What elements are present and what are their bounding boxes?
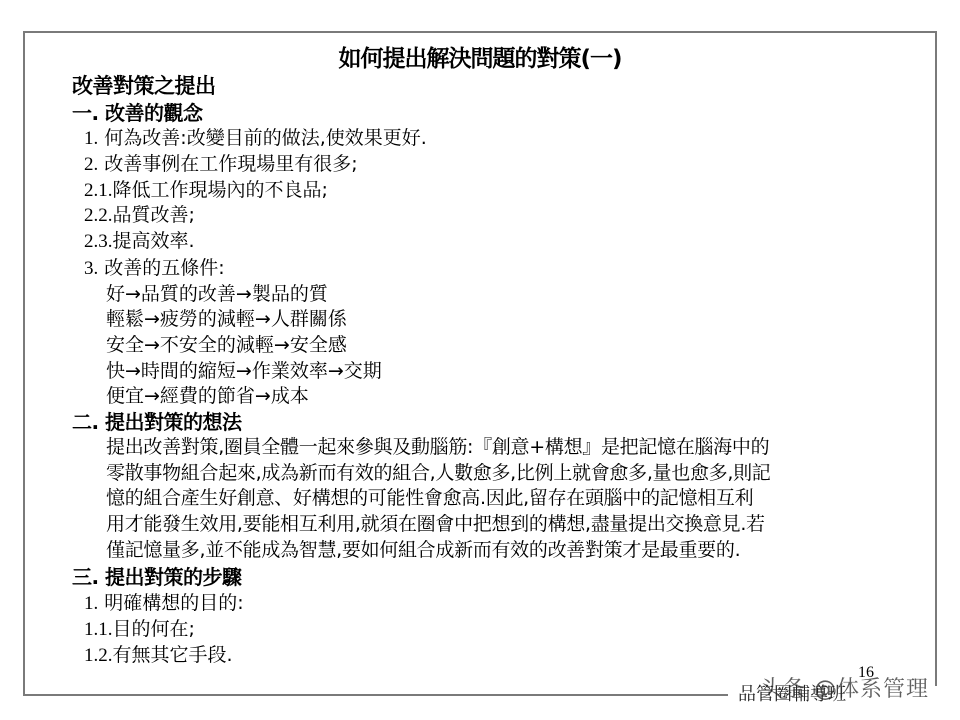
main-heading: 改善對策之提出	[72, 74, 216, 98]
section1-item-3: 3. 改善的五條件:	[84, 256, 225, 281]
item-text: 有無其它手段.	[113, 644, 233, 666]
item-text: 改善事例在工作現場里有很多;	[104, 153, 357, 175]
section1-item-2-1: 2.1.降低工作現場內的不良品;	[84, 178, 328, 203]
section3-heading: 三. 提出對策的步驟	[72, 565, 242, 589]
slide-frame-bottom	[23, 694, 728, 696]
item-number: 1.2.	[84, 645, 113, 666]
watermark: 头条 @体系管理	[760, 672, 929, 703]
section3-item-1-2: 1.2.有無其它手段.	[84, 643, 233, 668]
item-text: 品質改善;	[113, 204, 195, 226]
section2-paragraph-line-2: 零散事物組合起來,成為新而有效的組合,人數愈多,比例上就會愈多,量也愈多,則記	[106, 461, 771, 485]
condition-good: 好→品質的改善→製品的質	[106, 282, 328, 306]
section2-paragraph-line-5: 僅記憶量多,並不能成為智慧,要如何組合成新而有效的改善對策才是最重要的.	[106, 538, 740, 562]
item-number: 1.	[84, 128, 98, 149]
item-text: 提高效率.	[113, 230, 195, 252]
item-number: 3.	[84, 258, 98, 279]
item-number: 2.1.	[84, 180, 113, 201]
section2-heading: 二. 提出對策的想法	[72, 410, 242, 434]
item-number: 2.2.	[84, 205, 113, 226]
section1-item-2-2: 2.2.品質改善;	[84, 203, 195, 228]
item-number: 2.3.	[84, 231, 113, 252]
slide-frame-top	[23, 31, 937, 33]
item-number: 1.	[84, 593, 98, 614]
section3-item-1-1: 1.1.目的何在;	[84, 617, 195, 642]
item-number: 1.1.	[84, 619, 113, 640]
section1-item-2: 2. 改善事例在工作現場里有很多;	[84, 152, 358, 177]
section2-paragraph-line-4: 用才能發生效用,要能相互利用,就須在圈會中把想到的構想,盡量提出交換意見.若	[106, 512, 765, 536]
section1-heading: 一. 改善的觀念	[72, 101, 203, 125]
item-text: 何為改善:改變目前的做法,使效果更好.	[104, 127, 426, 149]
condition-cheap: 便宜→經費的節省→成本	[106, 384, 309, 408]
item-text: 明確構想的目的:	[104, 592, 243, 614]
slide-frame-left	[23, 31, 25, 695]
section1-item-2-3: 2.3.提高效率.	[84, 229, 195, 254]
item-text: 改善的五條件:	[104, 257, 224, 279]
condition-easy: 輕鬆→疲勞的減輕→人群關係	[106, 307, 347, 331]
item-text: 降低工作現場內的不良品;	[113, 179, 328, 201]
section2-paragraph-line-3: 憶的組合產生好創意、好構想的可能性會愈高.因此,留存在頭腦中的記憶相互利	[106, 486, 753, 510]
condition-fast: 快→時間的縮短→作業效率→交期	[106, 359, 382, 383]
section1-item-1: 1. 何為改善:改變目前的做法,使效果更好.	[84, 126, 427, 151]
slide-title: 如何提出解決問題的對策(一)	[0, 40, 960, 73]
item-number: 2.	[84, 154, 98, 175]
section2-paragraph-line-1: 提出改善對策,圈員全體一起來參與及動腦筋:『創意+構想』是把記憶在腦海中的	[106, 435, 769, 459]
condition-safe: 安全→不安全的減輕→安全感	[106, 333, 347, 357]
slide-frame-right	[935, 31, 937, 686]
section3-item-1: 1. 明確構想的目的:	[84, 591, 244, 616]
item-text: 目的何在;	[113, 618, 195, 640]
